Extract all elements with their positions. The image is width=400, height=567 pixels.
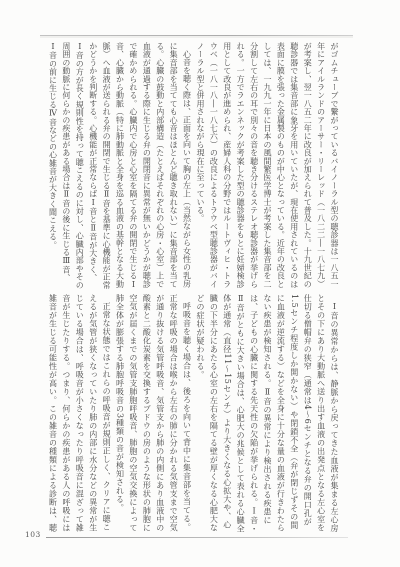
- paragraph-continuation: がゴムチューブで繋がっているバイノーラル型の聴診器は一八五一年にアイルランドのア…: [194, 42, 341, 289]
- footer-rule: [46, 537, 348, 538]
- header-rule: [40, 35, 353, 36]
- paragraph: Ⅰ音の異常からは、静脈から戻ってきた血液が集まる左心房とその下にあり大動脈へ送り…: [194, 294, 341, 534]
- page-footer: 103: [0, 528, 400, 544]
- paragraph: 正常な状態ではこれらの呼吸音が規則正しく、クリアに聴こえるが気管が狭くなっていた…: [44, 294, 113, 534]
- paragraph: 心音を聴く際は、正面を向いて胸の左上（当然ながら女性の乳房に集音部を当てても心音…: [46, 42, 193, 289]
- page-number: 103: [25, 530, 41, 539]
- book-page: がゴムチューブで繋がっているバイノーラル型の聴診器は一八五一年にアイルランドのア…: [0, 0, 400, 567]
- text-band-upper: がゴムチューブで繋がっているバイノーラル型の聴診器は一八五一年にアイルランドのア…: [44, 42, 341, 289]
- paragraph: 呼吸音を聴く場合は、後ろを向いて背中に集音部を当てる。正常な呼吸の場合は喉から左…: [113, 294, 193, 534]
- text-band-lower: Ⅰ音の異常からは、静脈から戻ってきた血液が集まる左心房とその下にあり大動脈へ送り…: [44, 294, 341, 534]
